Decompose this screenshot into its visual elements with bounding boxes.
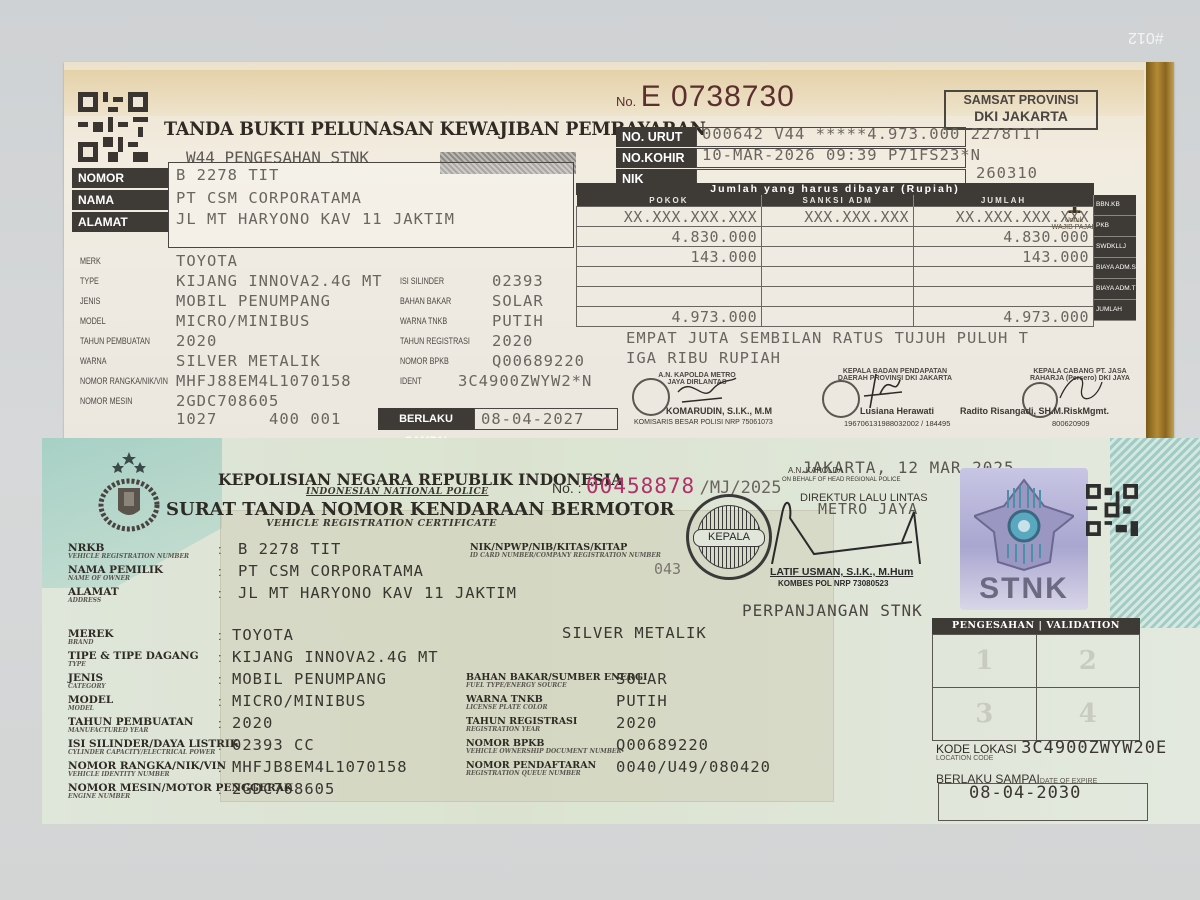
stnk-field-value: KIJANG INNOVA2.4G MT (232, 648, 439, 666)
stnk-field-label: JENISCATEGORY (68, 672, 106, 690)
payment-cell-pokok: 4.973.000 (577, 307, 762, 327)
vehicle-field-label: JENIS (80, 296, 100, 306)
payment-row: 143.000143.000 (577, 247, 1094, 267)
colon: : (218, 760, 222, 775)
vehicle-field-label: WARNA (80, 356, 107, 366)
label-nomor-polisi: NOMOR POLISI (72, 168, 168, 188)
valid-until-value: 08-04-2027 (474, 408, 618, 430)
issuer-1-en: ON BEHALF OF HEAD REGIONAL POLICE (782, 477, 900, 483)
stnk-field-value: MHFJB8EM4L1070158 (232, 758, 408, 776)
payment-cell-sanksi: XXX.XXX.XXX (762, 207, 914, 227)
payment-cell-sanksi (762, 307, 914, 327)
signatory-3: KEPALA CABANG PT. JASA RAHARJA (Persero)… (960, 368, 1140, 432)
qr-code-icon (78, 92, 148, 162)
vehicle-field-value: KIJANG INNOVA2.4G MT (176, 272, 383, 290)
stnk-hologram-logo: STNK (960, 468, 1088, 610)
location-code-label: KODE LOKASI (936, 742, 1017, 756)
samsat-box: SAMSAT PROVINSI DKI JAKARTA (944, 90, 1098, 130)
stnk-field-label-en: MODEL (68, 705, 113, 712)
stnk-field-label: NAMA PEMILIKNAME OF OWNER (68, 564, 163, 582)
payment-cell-sanksi (762, 287, 914, 307)
payment-cell-pokok: XX.XXX.XXX.XXX (577, 207, 762, 227)
gold-security-strip (1146, 62, 1174, 440)
payment-receipt: TANDA BUKTI PELUNASAN KEWAJIBAN PEMBAYAR… (64, 62, 1174, 440)
label-alamat: ALAMAT (72, 212, 168, 232)
extra-code: 043 (654, 560, 681, 578)
signature-icon (1056, 368, 1106, 408)
stnk-field-label: TAHUN REGISTRASIREGISTRATION YEAR (466, 716, 577, 733)
stnk-field-value: Q00689220 (616, 736, 709, 754)
payment-row-tag: BBN.KB (1094, 195, 1136, 216)
stnk-field-label-en: VEHICLE OWNERSHIP DOCUMENT NUMBER (466, 748, 621, 755)
institution-name-en: INDONESIAN NATIONAL POLICE (306, 487, 489, 497)
payment-cell-sanksi (762, 267, 914, 287)
stnk-field-value: 2020 (616, 714, 657, 732)
vehicle-field-label: MERK (80, 256, 101, 266)
police-crest-icon (94, 450, 164, 536)
stnk-field-label-en: MANUFACTURED YEAR (68, 727, 194, 734)
colon: : (218, 672, 222, 687)
payment-header: Jumlah yang harus dibayar (Rupiah) (576, 183, 1094, 195)
payment-row-tag: BIAYA ADM.STNK (1094, 258, 1136, 279)
validation-cell-2: 2 (1036, 635, 1140, 688)
vehicle-field-label: BAHAN BAKAR (400, 296, 451, 306)
payment-cell-jumlah: 4.830.000 (914, 227, 1094, 247)
stnk-field-value: PT CSM CORPORATAMA (238, 562, 424, 580)
photo-label: #012 (1128, 28, 1164, 46)
qr-code-icon (1086, 484, 1138, 536)
payment-row-tag: SWDKLLJ (1094, 237, 1136, 258)
signatory-1: A.N. KAPOLDA METRO JAYA DIRLANTAS KOMARU… (632, 372, 832, 432)
signatory-name: LATIF USMAN, S.I.K., M.Hum (770, 566, 913, 578)
vehicle-field-label: NOMOR RANGKA/NIK/VIN (80, 376, 168, 386)
payment-row-tag: JUMLAH (1094, 300, 1136, 321)
vehicle-field-value: TOYOTA (176, 252, 238, 270)
payment-cell-jumlah: 143.000 (914, 247, 1094, 267)
stnk-field-label: NOMOR BPKBVEHICLE OWNERSHIP DOCUMENT NUM… (466, 738, 621, 755)
number-value: 00458878 (586, 474, 695, 498)
stnk-field-label-text: TIPE & TIPE DAGANG (68, 650, 199, 662)
label-no-kohir: NO.KOHIR (616, 148, 696, 168)
vehicle-field-value: MOBIL PENUMPANG (176, 292, 331, 310)
stnk-field-value: B 2278 TIT (238, 540, 341, 558)
vehicle-field-value: Q00689220 (492, 352, 585, 370)
vehicle-field-value: 2020 (176, 332, 217, 350)
stnk-field-value: 02393 CC (232, 736, 315, 754)
value-nik: 260310 (976, 164, 1038, 182)
amount-in-words: EMPAT JUTA SEMBILAN RATUS TUJUH PULUH T … (626, 328, 1146, 368)
location-code: KODE LOKASI 3C4900ZWYW20E LOCATION CODE (936, 738, 1167, 762)
payment-column-header: POKOK (577, 195, 762, 207)
stnk-field-label-en: NAME OF OWNER (68, 575, 163, 582)
value-nama-pemilik: PT CSM CORPORATAMA (176, 189, 362, 207)
colon: : (218, 716, 222, 731)
renewal-note: PERPANJANGAN STNK (742, 601, 923, 620)
stnk-logo-text: STNK (960, 572, 1088, 606)
stnk-field-label: WARNA TNKBLICENSE PLATE COLOR (466, 694, 547, 711)
stnk-field-label: ALAMATADDRESS (68, 586, 119, 604)
payment-cell-jumlah (914, 287, 1094, 307)
stnk-field-value: 0040/U49/080420 (616, 758, 771, 776)
stnk-field-label: TIPE & TIPE DAGANGTYPE (68, 650, 199, 668)
value-no-urut: 000642 V44 *****4.973.000 2278TIT (702, 125, 1043, 143)
stnk-field-label-en: LICENSE PLATE COLOR (466, 704, 547, 711)
validation-cell-1: 1 (933, 635, 1037, 688)
stnk-field-label-en: CYLINDER CAPACITY/ELECTRICAL POWER (68, 749, 239, 756)
samsat-line-1: SAMSAT PROVINSI (946, 92, 1096, 108)
validation-header: PENGESAHAN | VALIDATION (932, 618, 1140, 634)
vehicle-field-value: 2020 (492, 332, 533, 350)
valid-until-label: BERLAKU SAMPAI (378, 408, 474, 430)
payment-cell-jumlah: XX.XXX.XXX.XXX (914, 207, 1094, 227)
stnk-field-label-en: ID CARD NUMBER/COMPANY REGISTRATION NUMB… (470, 552, 661, 559)
document-title: SURAT TANDA NOMOR KENDARAAN BERMOTOR (166, 499, 674, 520)
vehicle-field-value: MICRO/MINIBUS (176, 312, 310, 330)
vehicle-field-label: ISI SILINDER (400, 276, 444, 286)
stnk-field-label-en: BRAND (68, 639, 113, 646)
stnk-field-label-en: REGISTRATION YEAR (466, 726, 577, 733)
vehicle-field-label: NOMOR MESIN (80, 396, 132, 406)
vehicle-field-value: 2GDC708605 (176, 392, 279, 410)
payment-cell-jumlah: 4.973.000 (914, 307, 1094, 327)
stnk-field-label-en: REGISTRATION QUEUE NUMBER (466, 770, 596, 777)
signatory-rank: KOMBES POL NRP 73080523 (778, 579, 888, 588)
vehicle-field-label: TAHUN REGISTRASI (400, 336, 470, 346)
stnk-field-label-en: VEHICLE REGISTRATION NUMBER (68, 553, 189, 560)
stnk-field-label: TAHUN PEMBUATANMANUFACTURED YEAR (68, 716, 194, 734)
payment-row: XX.XXX.XXX.XXXXXX.XXX.XXXXX.XXX.XXX.XXX (577, 207, 1094, 227)
vehicle-field-label: TAHUN PEMBUATAN (80, 336, 150, 346)
expiry-box: 08-04-2030 (938, 783, 1148, 821)
payment-cell-pokok (577, 267, 762, 287)
stnk-field-value: SOLAR (616, 670, 668, 688)
stnk-field-value: JL MT HARYONO KAV 11 JAKTIM (238, 584, 517, 602)
validation-cell-4: 4 (1036, 688, 1140, 741)
stnk-field-label: NRKBVEHICLE REGISTRATION NUMBER (68, 542, 189, 560)
number-label: No. : (552, 480, 582, 496)
payment-row-tag: PKB (1094, 216, 1136, 237)
stnk-field-label: NIK/NPWP/NIB/KITAS/KITAPID CARD NUMBER/C… (470, 542, 661, 559)
stnk-field-label-en: ADDRESS (68, 597, 119, 604)
value-alamat: JL MT HARYONO KAV 11 JAKTIM (176, 210, 455, 228)
signature-icon (742, 494, 922, 564)
vehicle-field-value: PUTIH (492, 312, 544, 330)
vehicle-field-label: TYPE (80, 276, 99, 286)
payment-cell-jumlah (914, 267, 1094, 287)
vehicle-field-value: 3C4900ZWYW2*N (458, 372, 592, 390)
colon: : (218, 738, 222, 753)
vehicle-field-value: MHFJ88EM4L1070158 (176, 372, 352, 390)
payment-cell-sanksi (762, 247, 914, 267)
payment-row: 4.830.0004.830.000 (577, 227, 1094, 247)
colon: : (218, 586, 222, 601)
payment-table: Jumlah yang harus dibayar (Rupiah) POKOK… (576, 183, 1139, 327)
payment-row (577, 287, 1094, 307)
colon: : (218, 694, 222, 709)
stnk-field-value: MICRO/MINIBUS (232, 692, 366, 710)
serial-number: E 0738730 (641, 80, 795, 113)
payment-cell-pokok (577, 287, 762, 307)
colon: : (218, 650, 222, 665)
vehicle-registration-certificate: KEPOLISIAN NEGARA REPUBLIK INDONESIA IND… (42, 438, 1200, 824)
stnk-field-label: MODELMODEL (68, 694, 113, 712)
samsat-line-2: DKI JAKARTA (946, 108, 1096, 124)
vehicle-field-label: WARNA TNKB (400, 316, 447, 326)
stnk-field-label-en: VEHICLE IDENTITY NUMBER (68, 771, 226, 778)
vehicle-field-label: MODEL (80, 316, 106, 326)
location-code-value: 3C4900ZWYW20E (1021, 738, 1167, 758)
vehicle-field-value: SILVER METALIK (176, 352, 321, 370)
stnk-field-label: NOMOR RANGKA/NIK/VINVEHICLE IDENTITY NUM… (68, 760, 226, 778)
payment-cell-sanksi (762, 227, 914, 247)
colon: : (218, 542, 222, 557)
payment-column-header: JUMLAH (914, 195, 1094, 207)
stnk-field-label-en: CATEGORY (68, 683, 106, 690)
validation-grid: PENGESAHAN | VALIDATION 12 34 (932, 618, 1140, 741)
vehicle-field-value: SOLAR (492, 292, 544, 310)
validation-cell-3: 3 (933, 688, 1037, 741)
stnk-field-value: PUTIH (616, 692, 668, 710)
document-title-en: VEHICLE REGISTRATION CERTIFICATE (266, 518, 497, 529)
payment-row-tag: BIAYA ADM.TNKB (1094, 279, 1136, 300)
label-no-urut: NO. URUT (616, 127, 696, 147)
vehicle-field-label: IDENT (400, 376, 422, 386)
expiry-value: 08-04-2030 (939, 784, 1147, 802)
value-nomor-polisi: B 2278 TIT (176, 166, 279, 184)
colon: : (218, 628, 222, 643)
receipt-serial: No. E 0738730 (616, 80, 795, 114)
stnk-field-label-en: TYPE (68, 661, 199, 668)
stnk-field-label: MEREKBRAND (68, 628, 113, 646)
vehicle-field-value: 02393 (492, 272, 544, 290)
payment-column-header: SANKSI ADM (762, 195, 914, 207)
colon: : (218, 782, 222, 797)
payment-row (577, 267, 1094, 287)
stnk-field-value: 2GDC708605 (232, 780, 335, 798)
stnk-field-value: TOYOTA (232, 626, 294, 644)
stnk-field-label: ISI SILINDER/DAYA LISTRIKCYLINDER CAPACI… (68, 738, 239, 756)
stnk-field-value: SILVER METALIK (562, 624, 707, 642)
payment-cell-pokok: 143.000 (577, 247, 762, 267)
police-shield-icon (974, 476, 1074, 572)
stnk-field-value: MOBIL PENUMPANG (232, 670, 387, 688)
value-no-kohir: 10-MAR-2026 09:39 P71FS23*N (702, 146, 981, 164)
vehicle-field-label: NOMOR BPKB (400, 356, 449, 366)
stnk-field-label: NOMOR PENDAFTARANREGISTRATION QUEUE NUMB… (466, 760, 596, 777)
stnk-field-value: 2020 (232, 714, 273, 732)
label-nama-pemilik: NAMA PEMILIK (72, 190, 168, 210)
issuer-1: A.N. KAPOLDA (788, 466, 844, 475)
footer-code: 1027 400 001 (176, 410, 341, 428)
payment-row: 4.973.0004.973.000 (577, 307, 1094, 327)
serial-prefix: No. (616, 94, 636, 109)
colon: : (218, 564, 222, 579)
payment-cell-pokok: 4.830.000 (577, 227, 762, 247)
